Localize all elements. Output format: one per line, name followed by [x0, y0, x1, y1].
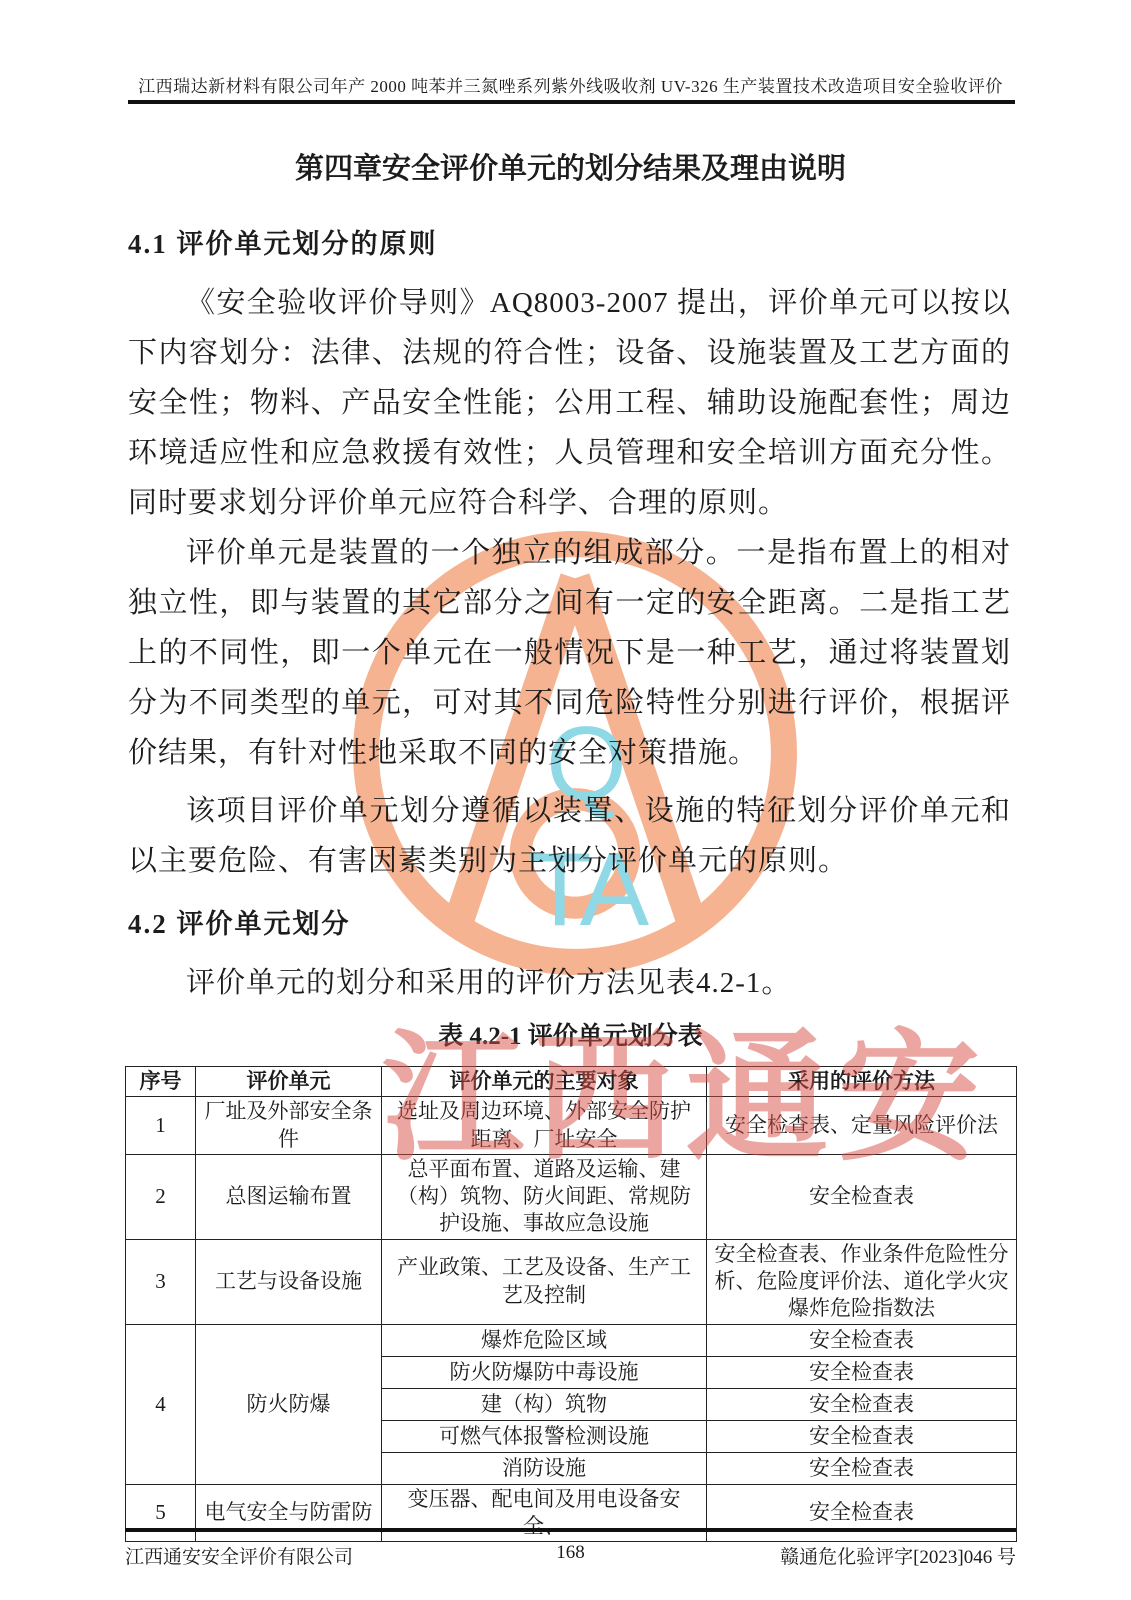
- footer-doc-number: 赣通危化验评字[2023]046 号: [780, 1542, 1016, 1569]
- cell-method: 安全检查表、作业条件危险性分析、危险度评价法、道化学火灾爆炸危险指数法: [707, 1239, 1017, 1324]
- section-4-1-heading: 4.1 评价单元划分的原则: [128, 222, 438, 261]
- cell-method: 安全检查表、定量风险评价法: [707, 1097, 1017, 1155]
- cell-num: 1: [126, 1097, 196, 1155]
- cell-method: 安全检查表: [707, 1420, 1017, 1452]
- cell-unit: 厂址及外部安全条件: [196, 1097, 382, 1155]
- cell-object: 消防设施: [382, 1452, 707, 1484]
- paragraph: 《安全验收评价导则》AQ8003-2007 提出，评价单元可以按以下内容划分：法…: [128, 278, 1011, 528]
- col-header-method: 采用的评价方法: [707, 1067, 1017, 1097]
- cell-unit: 工艺与设备设施: [196, 1239, 382, 1324]
- cell-method: 安全检查表: [707, 1154, 1017, 1239]
- col-header-unit: 评价单元: [196, 1067, 382, 1097]
- cell-method: 安全检查表: [707, 1484, 1017, 1542]
- chapter-title: 第四章安全评价单元的划分结果及理由说明: [125, 146, 1016, 187]
- cell-unit: 电气安全与防雷防: [196, 1484, 382, 1542]
- table-row: 4 防火防爆 爆炸危险区域 安全检查表: [126, 1324, 1017, 1356]
- evaluation-units-table: 序号 评价单元 评价单元的主要对象 采用的评价方法 1 厂址及外部安全条件 选址…: [125, 1066, 1017, 1542]
- cell-num: 2: [126, 1154, 196, 1239]
- cell-unit: 防火防爆: [196, 1324, 382, 1484]
- cell-method: 安全检查表: [707, 1388, 1017, 1420]
- cell-method: 安全检查表: [707, 1452, 1017, 1484]
- page-footer: 江西通安安全评价有限公司 168 赣通危化验评字[2023]046 号: [125, 1542, 1016, 1569]
- cell-object: 防火防爆防中毒设施: [382, 1356, 707, 1388]
- cell-unit: 总图运输布置: [196, 1154, 382, 1239]
- paragraph: 评价单元的划分和采用的评价方法见表4.2-1。: [128, 958, 1011, 1008]
- paragraph: 该项目评价单元划分遵循以装置、设施的特征划分评价单元和以主要危险、有害因素类别为…: [128, 786, 1011, 886]
- table-row: 3 工艺与设备设施 产业政策、工艺及设备、生产工艺及控制 安全检查表、作业条件危…: [126, 1239, 1017, 1324]
- header-rule: [128, 100, 1015, 104]
- cell-object: 建（构）筑物: [382, 1388, 707, 1420]
- cell-object: 爆炸危险区域: [382, 1324, 707, 1356]
- col-header-object: 评价单元的主要对象: [382, 1067, 707, 1097]
- table-row: 5 电气安全与防雷防 变压器、配电间及用电设备安全、 安全检查表: [126, 1484, 1017, 1542]
- table-row: 1 厂址及外部安全条件 选址及周边环境、外部安全防护距离、厂址安全 安全检查表、…: [126, 1097, 1017, 1155]
- table-row: 2 总图运输布置 总平面布置、道路及运输、建（构）筑物、防火间距、常规防护设施、…: [126, 1154, 1017, 1239]
- cell-object: 选址及周边环境、外部安全防护距离、厂址安全: [382, 1097, 707, 1155]
- cell-num: 4: [126, 1324, 196, 1484]
- footer-rule: [125, 1528, 1016, 1532]
- paragraph: 评价单元是装置的一个独立的组成部分。一是指布置上的相对独立性，即与装置的其它部分…: [128, 528, 1011, 778]
- cell-object: 产业政策、工艺及设备、生产工艺及控制: [382, 1239, 707, 1324]
- cell-object: 变压器、配电间及用电设备安全、: [382, 1484, 707, 1542]
- section-4-2-heading: 4.2 评价单元划分: [128, 902, 351, 941]
- table-caption: 表 4.2-1 评价单元划分表: [125, 1016, 1016, 1052]
- cell-num: 5: [126, 1484, 196, 1542]
- cell-num: 3: [126, 1239, 196, 1324]
- footer-company: 江西通安安全评价有限公司: [125, 1542, 353, 1569]
- col-header-index: 序号: [126, 1067, 196, 1097]
- page-header-title: 江西瑞达新材料有限公司年产 2000 吨苯并三氮唑系列紫外线吸收剂 UV-326…: [125, 72, 1016, 97]
- cell-method: 安全检查表: [707, 1356, 1017, 1388]
- document-page: Q TA 江西瑞达新材料有限公司年产 2000 吨苯并三氮唑系列紫外线吸收剂 U…: [0, 0, 1131, 1600]
- cell-method: 安全检查表: [707, 1324, 1017, 1356]
- cell-object: 可燃气体报警检测设施: [382, 1420, 707, 1452]
- cell-object: 总平面布置、道路及运输、建（构）筑物、防火间距、常规防护设施、事故应急设施: [382, 1154, 707, 1239]
- table-header-row: 序号 评价单元 评价单元的主要对象 采用的评价方法: [126, 1067, 1017, 1097]
